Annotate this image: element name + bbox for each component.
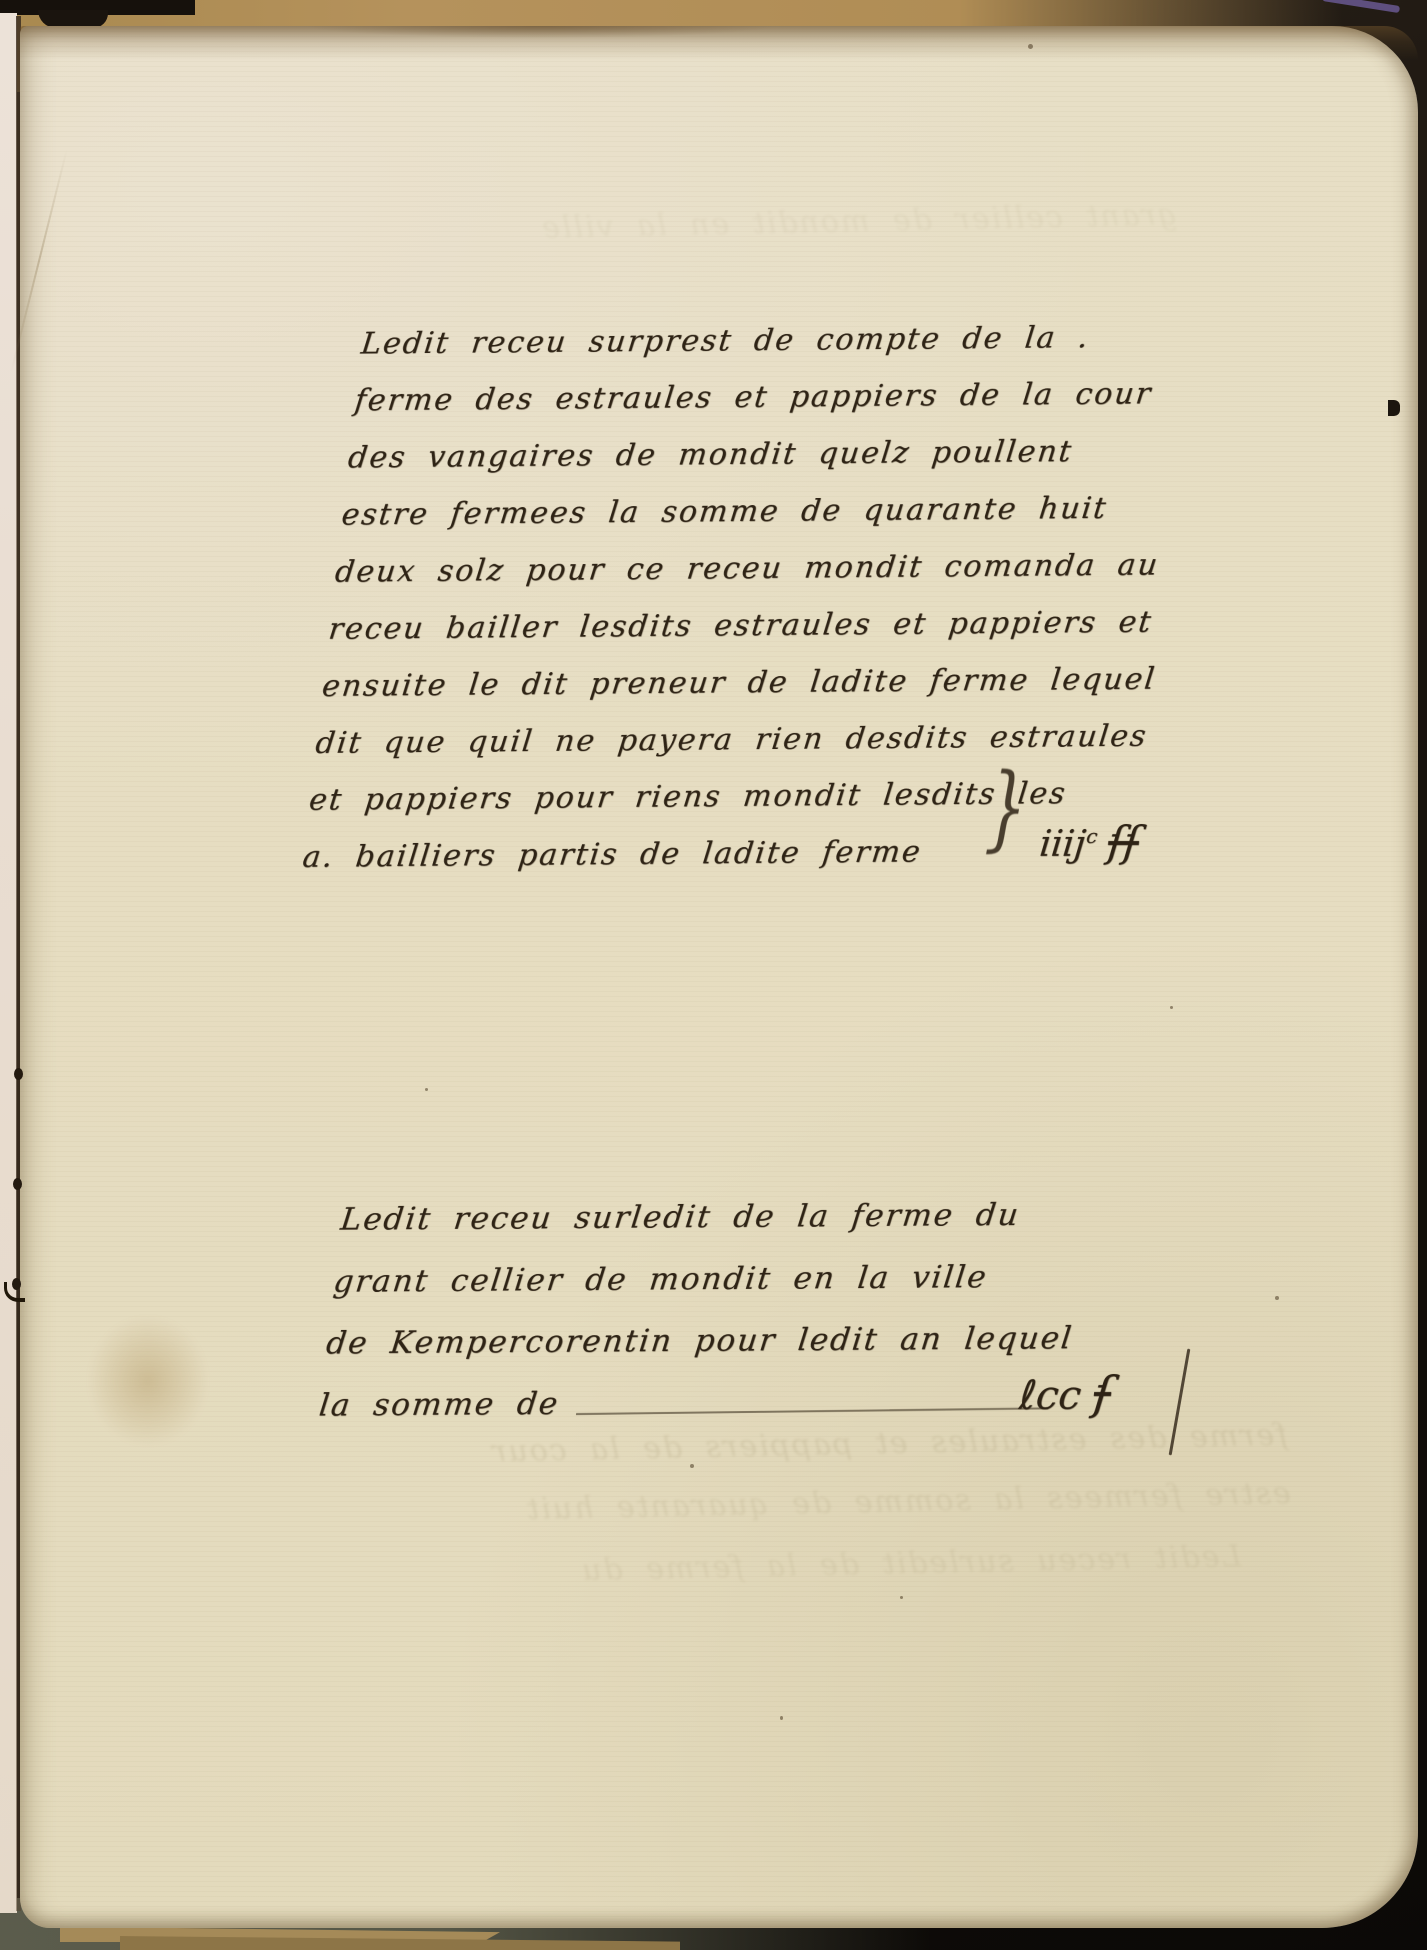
paper-speck	[900, 1596, 903, 1599]
manuscript-line: ferme des estraules et pappiers de la co…	[352, 365, 1192, 429]
manuscript-line: des vangaires de mondit quelz poullent	[345, 422, 1185, 486]
manuscript-line: Ledit receu surledit de la ferme du	[337, 1183, 1084, 1250]
manuscript-line: de Kempercorentin pour ledit an lequel	[323, 1307, 1070, 1374]
livre-sign: ſſ	[1106, 818, 1142, 866]
manuscript-line: la somme de	[316, 1373, 563, 1437]
stitch-hole	[14, 1068, 23, 1080]
paper-speck	[1170, 1006, 1173, 1009]
account-entry-1: Ledit receu surprest de compte de la . f…	[300, 308, 1199, 886]
account-entry-2: Ledit receu surledit de la ferme du gran…	[316, 1183, 1085, 1436]
page-top-edge-wave	[280, 26, 800, 42]
entry-1-bracket-mark: }	[983, 755, 1029, 862]
manuscript-line: estre fermees la somme de quarante huit	[339, 479, 1179, 543]
flyleaf-sliver	[0, 13, 17, 1913]
manuscript-line: grant cellier de mondit en la ville	[330, 1245, 1077, 1312]
paper-speck	[690, 1464, 694, 1468]
manuscript-line: receu bailler lesdits estraules et pappi…	[326, 593, 1166, 657]
page-edge-nick	[1388, 400, 1400, 416]
entry-1-amount: iiijc ſſ	[1037, 818, 1141, 866]
manuscript-line-with-dash: la somme de	[316, 1369, 1063, 1436]
manuscript-line: deux solz pour ce receu mondit comanda a…	[332, 536, 1172, 600]
manuscript-photo: ferme des estraules et pappiers de la co…	[0, 0, 1427, 1950]
blank-amount-dash	[576, 1407, 1048, 1415]
manuscript-line: Ledit receu surprest de compte de la .	[358, 308, 1198, 372]
paper-speck	[780, 1716, 783, 1720]
stain-blot	[88, 1316, 208, 1446]
paper-speck	[1028, 44, 1033, 49]
manuscript-line: ensuite le dit preneur de ladite ferme l…	[319, 650, 1159, 714]
amount-numeral: ℓcc	[1017, 1373, 1083, 1419]
amount-numeral: iiij	[1038, 824, 1088, 865]
paper-speck	[1275, 1296, 1279, 1300]
entry-2-amount: ℓcc ſ	[1017, 1366, 1114, 1420]
stitch-hole	[13, 1178, 22, 1190]
paper-speck	[425, 1088, 428, 1091]
amount-superscript: c	[1085, 825, 1099, 848]
